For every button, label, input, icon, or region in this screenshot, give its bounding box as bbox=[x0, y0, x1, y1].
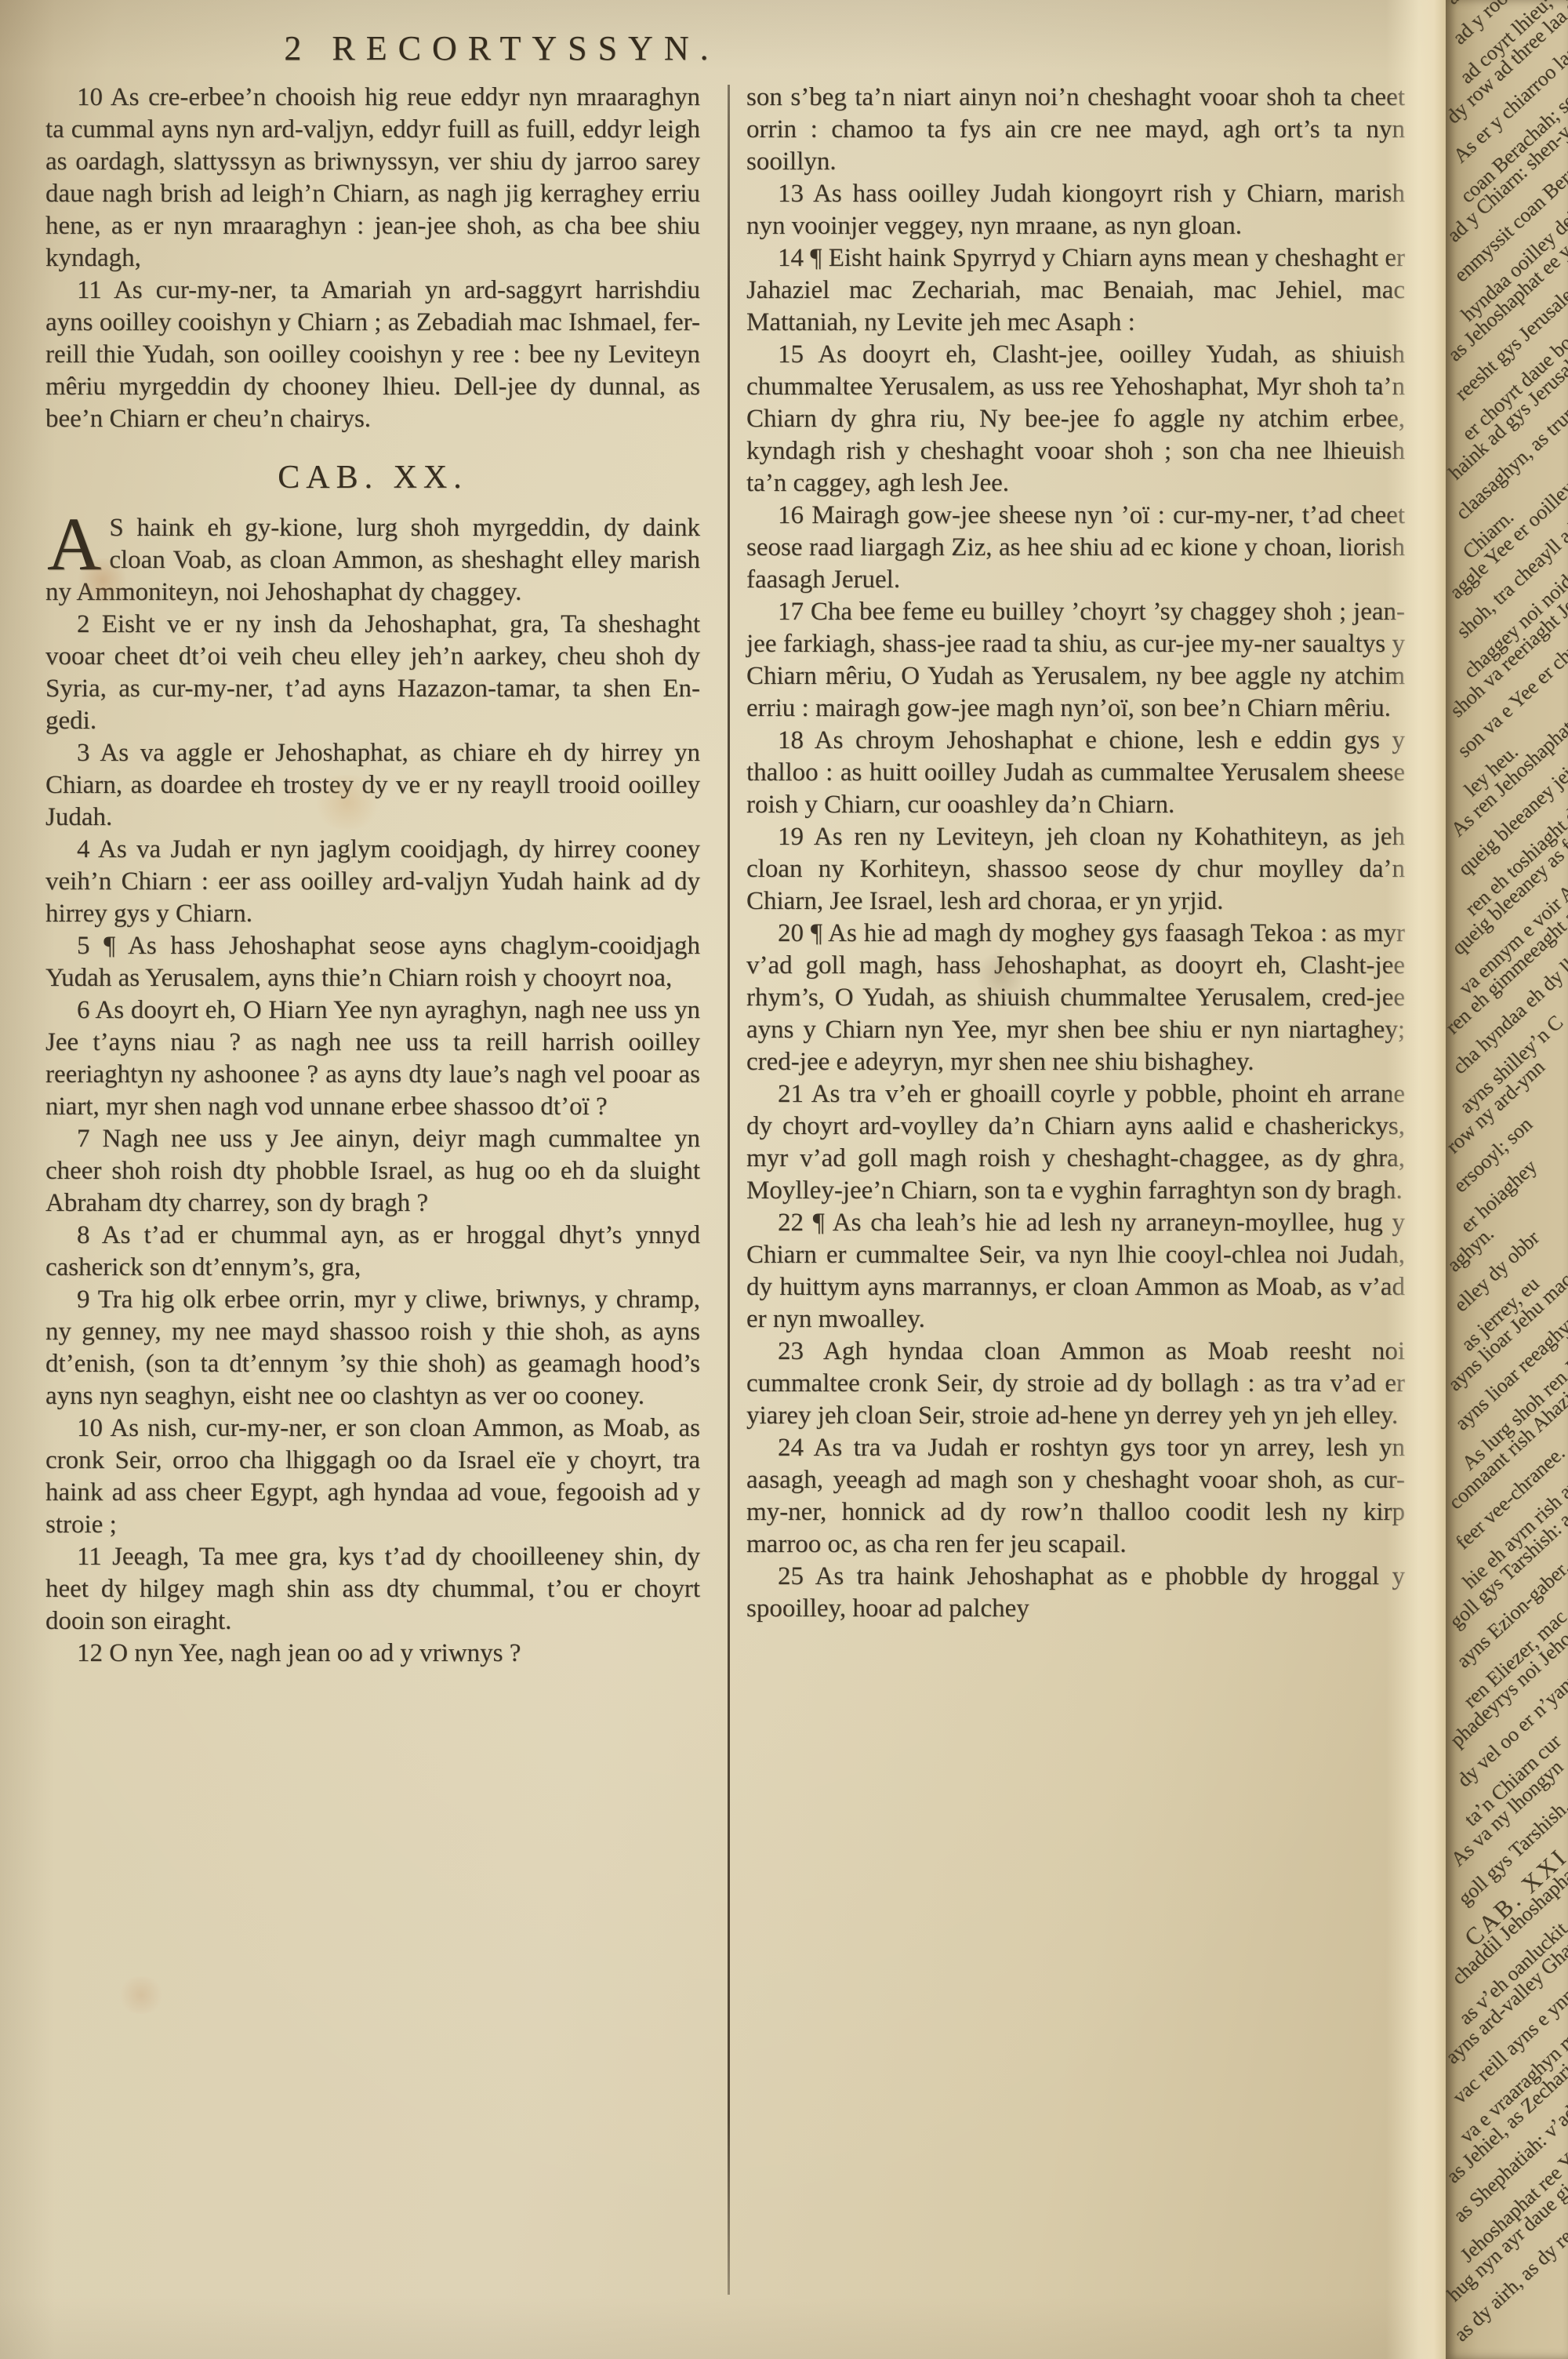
verse: 17 Cha bee feme eu builley ’choyrt ’sy c… bbox=[746, 596, 1405, 725]
verse: 10 As cre-erbee’n chooish hig reue eddyr… bbox=[45, 82, 700, 274]
drop-cap-initial: A bbox=[45, 512, 109, 573]
verse: 15 As dooyrt eh, Clasht-jee, ooilley Yud… bbox=[746, 339, 1405, 500]
verse: 13 As hass ooilley Judah kiongoyrt rish … bbox=[746, 178, 1405, 242]
verse: 8 As t’ad er chummal ayn, as er hroggal … bbox=[45, 1219, 700, 1284]
verse: 11 Jeeagh, Ta mee gra, kys t’ad dy chooi… bbox=[45, 1541, 700, 1637]
verse: 18 As chroym Jehoshaphat e chione, lesh … bbox=[746, 725, 1405, 821]
scanned-book-page: 2 RECORTYSSYN. 10 As cre-erbee’n chooish… bbox=[0, 0, 1568, 2359]
verse: 16 Mairagh gow-jee sheese nyn ’oï : cur-… bbox=[746, 500, 1405, 596]
verse: 14 ¶ Eisht haink Spyrryd y Chiarn ayns m… bbox=[746, 242, 1405, 339]
verse-text: S haink eh gy-kione, lurg shoh myrgeddin… bbox=[45, 514, 700, 606]
verse: 19 As ren ny Leviteyn, jeh cloan ny Koha… bbox=[746, 821, 1405, 918]
verse: 10 As nish, cur-my-ner, er son cloan Amm… bbox=[45, 1412, 700, 1541]
verse: 11 As cur-my-ner, ta Amariah yn ard-sagg… bbox=[45, 274, 700, 435]
paper-stain bbox=[118, 1976, 165, 2014]
verse: 21 As tra v’eh er ghoaill coyrle y pobbl… bbox=[746, 1078, 1405, 1207]
verse: 20 ¶ As hie ad magh dy moghey gys faasag… bbox=[746, 918, 1405, 1078]
verse: 3 As va aggle er Jehoshaphat, as chiare … bbox=[45, 737, 700, 834]
verse: 5 ¶ As hass Jehoshaphat seose ayns chagl… bbox=[45, 930, 700, 994]
verse: 2 Eisht ve er ny insh da Jehoshaphat, gr… bbox=[45, 609, 700, 737]
verse-continuation: son s’beg ta’n niart ainyn noi’n cheshag… bbox=[746, 82, 1405, 178]
verse-dropcap: AS haink eh gy-kione, lurg shoh myrgeddi… bbox=[45, 512, 700, 609]
text-column-left: 10 As cre-erbee’n chooish hig reue eddyr… bbox=[45, 82, 700, 1670]
verse: 4 As va Judah er nyn jaglym cooidjagh, d… bbox=[45, 834, 700, 930]
text-column-right: son s’beg ta’n niart ainyn noi’n cheshag… bbox=[746, 82, 1405, 1625]
column-divider bbox=[728, 85, 730, 2295]
verse: 9 Tra hig olk erbee orrin, myr y cliwe, … bbox=[45, 1284, 700, 1412]
verse: 24 As tra va Judah er roshtyn gys toor y… bbox=[746, 1432, 1405, 1561]
verse: 12 O nyn Yee, nagh jean oo ad y vriwnys … bbox=[45, 1637, 700, 1670]
verse: 7 Nagh nee uss y Jee ainyn, deiyr magh c… bbox=[45, 1123, 700, 1219]
chapter-heading: CAB. XX. bbox=[45, 459, 700, 496]
verse: 25 As tra haink Jehoshaphat as e phobble… bbox=[746, 1561, 1405, 1625]
running-head: 2 RECORTYSSYN. bbox=[94, 28, 909, 68]
verse: 22 ¶ As cha leah’s hie ad lesh ny arrane… bbox=[746, 1207, 1405, 1336]
verse: 23 Agh hyndaa cloan Ammon as Moab reesht… bbox=[746, 1336, 1405, 1432]
verse: 6 As dooyrt eh, O Hiarn Yee nyn ayraghyn… bbox=[45, 994, 700, 1123]
adjacent-page-curl: as jewead y roostey daue henead coyrt lh… bbox=[1446, 0, 1568, 2359]
